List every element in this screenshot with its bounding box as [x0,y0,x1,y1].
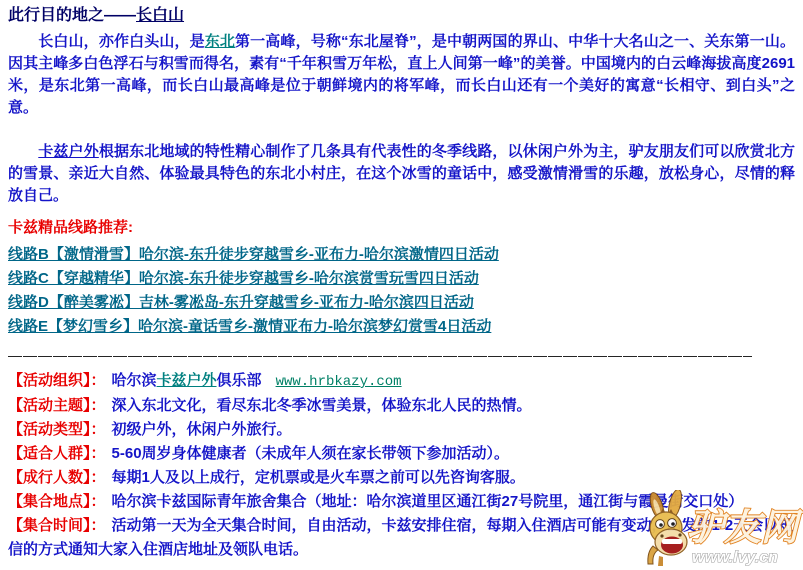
paragraph-indent [8,33,38,50]
info-label: 【适合人群】： [8,445,106,462]
info-label: 【集合地点】： [8,493,106,510]
info-line-type: 【活动类型】：初级户外，休闲户外旅行。 [8,418,795,442]
intro-paragraph: 长白山，亦作白头山，是东北第一高峰，号称“东北屋脊”，是中朝两国的界山、中华十大… [8,31,795,119]
title-text: 此行目的地之—— [8,7,136,24]
info-value: 每期1人及以上成行，定机票或是火车票之前可以先咨询客服。 [112,469,525,486]
route-link-d[interactable]: 线路D【醉美雾凇】吉林-雾凇岛-东升穿越雪乡-亚布力-哈尔滨四日活动 [8,291,474,315]
article-page: 此行目的地之——长白山 长白山，亦作白头山，是东北第一高峰，号称“东北屋脊”，是… [0,0,803,562]
paragraph-indent [8,143,38,160]
info-value: 哈尔滨卡兹国际青年旅舍集合（地址：哈尔滨道里区通江街27号院里，通江街与霞曼街交… [112,493,744,510]
kazi-outdoor-link[interactable]: 卡兹户外 [38,143,99,160]
info-line-theme: 【活动主题】：深入东北文化，看尽东北冬季冰雪美景，体验东北人民的热情。 [8,394,795,418]
info-value: 5-60周岁身体健康者（未成年人须在家长带领下参加活动）。 [112,445,510,462]
route-link-e[interactable]: 线路E【梦幻雪乡】哈尔滨-童话雪乡-激情亚布力-哈尔滨梦幻赏雪4日活动 [8,315,491,339]
info-value: 深入东北文化，看尽东北冬季冰雪美景，体验东北人民的热情。 [112,397,532,414]
info-line-organizer: 【活动组织】：哈尔滨卡兹户外俱乐部www.hrbkazy.com [8,369,795,394]
route-link-b[interactable]: 线路B【激情滑雪】哈尔滨-东升徒步穿越雪乡-亚布力-哈尔滨激情四日活动 [8,243,499,267]
info-line-meeting-time: 【集合时间】：活动第一天为全天集合时间，自由活动，卡兹安排住宿，每期入住酒店可能… [8,514,795,562]
club-paragraph: 卡兹户外根据东北地域的特性精心制作了几条具有代表性的冬季线路，以休闲户外为主，驴… [8,141,795,207]
dashed-divider: ————————————————————————————————————————… [8,347,752,363]
paragraph-text: 长白山，亦作白头山，是 [38,33,204,50]
dongbei-link[interactable]: 东北 [205,33,235,50]
info-label: 【成行人数】： [8,469,106,486]
kazi-club-link[interactable]: 卡兹户外 [157,372,217,389]
info-label: 【集合时间】： [8,517,106,534]
title-destination-link[interactable]: 长白山 [136,7,184,24]
page-title: 此行目的地之——长白山 [8,5,795,27]
route-link-c[interactable]: 线路C【穿越精华】哈尔滨-东升徒步穿越雪乡-哈尔滨赏雪玩雪四日活动 [8,267,479,291]
info-label: 【活动类型】： [8,421,106,438]
info-line-audience: 【适合人群】：5-60周岁身体健康者（未成年人须在家长带领下参加活动）。 [8,442,795,466]
info-value: 初级户外，休闲户外旅行。 [112,421,292,438]
info-label: 【活动组织】： [8,372,106,389]
routes-heading: 卡兹精品线路推荐: [8,217,795,239]
activity-info-list: 【活动组织】：哈尔滨卡兹户外俱乐部www.hrbkazy.com 【活动主题】：… [8,369,795,562]
info-line-meeting-place: 【集合地点】：哈尔滨卡兹国际青年旅舍集合（地址：哈尔滨道里区通江街27号院里，通… [8,490,795,514]
organizer-suffix: 俱乐部 [217,372,262,389]
info-value: 活动第一天为全天集合时间，自由活动，卡兹安排住宿，每期入住酒店可能有变动，出发前… [8,517,793,558]
hrbkazy-url-link[interactable]: www.hrbkazy.com [276,374,402,390]
paragraph-text: 根据东北地域的特性精心制作了几条具有代表性的冬季线路，以休闲户外为主，驴友朋友们… [8,143,795,204]
info-label: 【活动主题】： [8,397,106,414]
organizer-city: 哈尔滨 [112,372,157,389]
info-line-groupsize: 【成行人数】：每期1人及以上成行，定机票或是火车票之前可以先咨询客服。 [8,466,795,490]
